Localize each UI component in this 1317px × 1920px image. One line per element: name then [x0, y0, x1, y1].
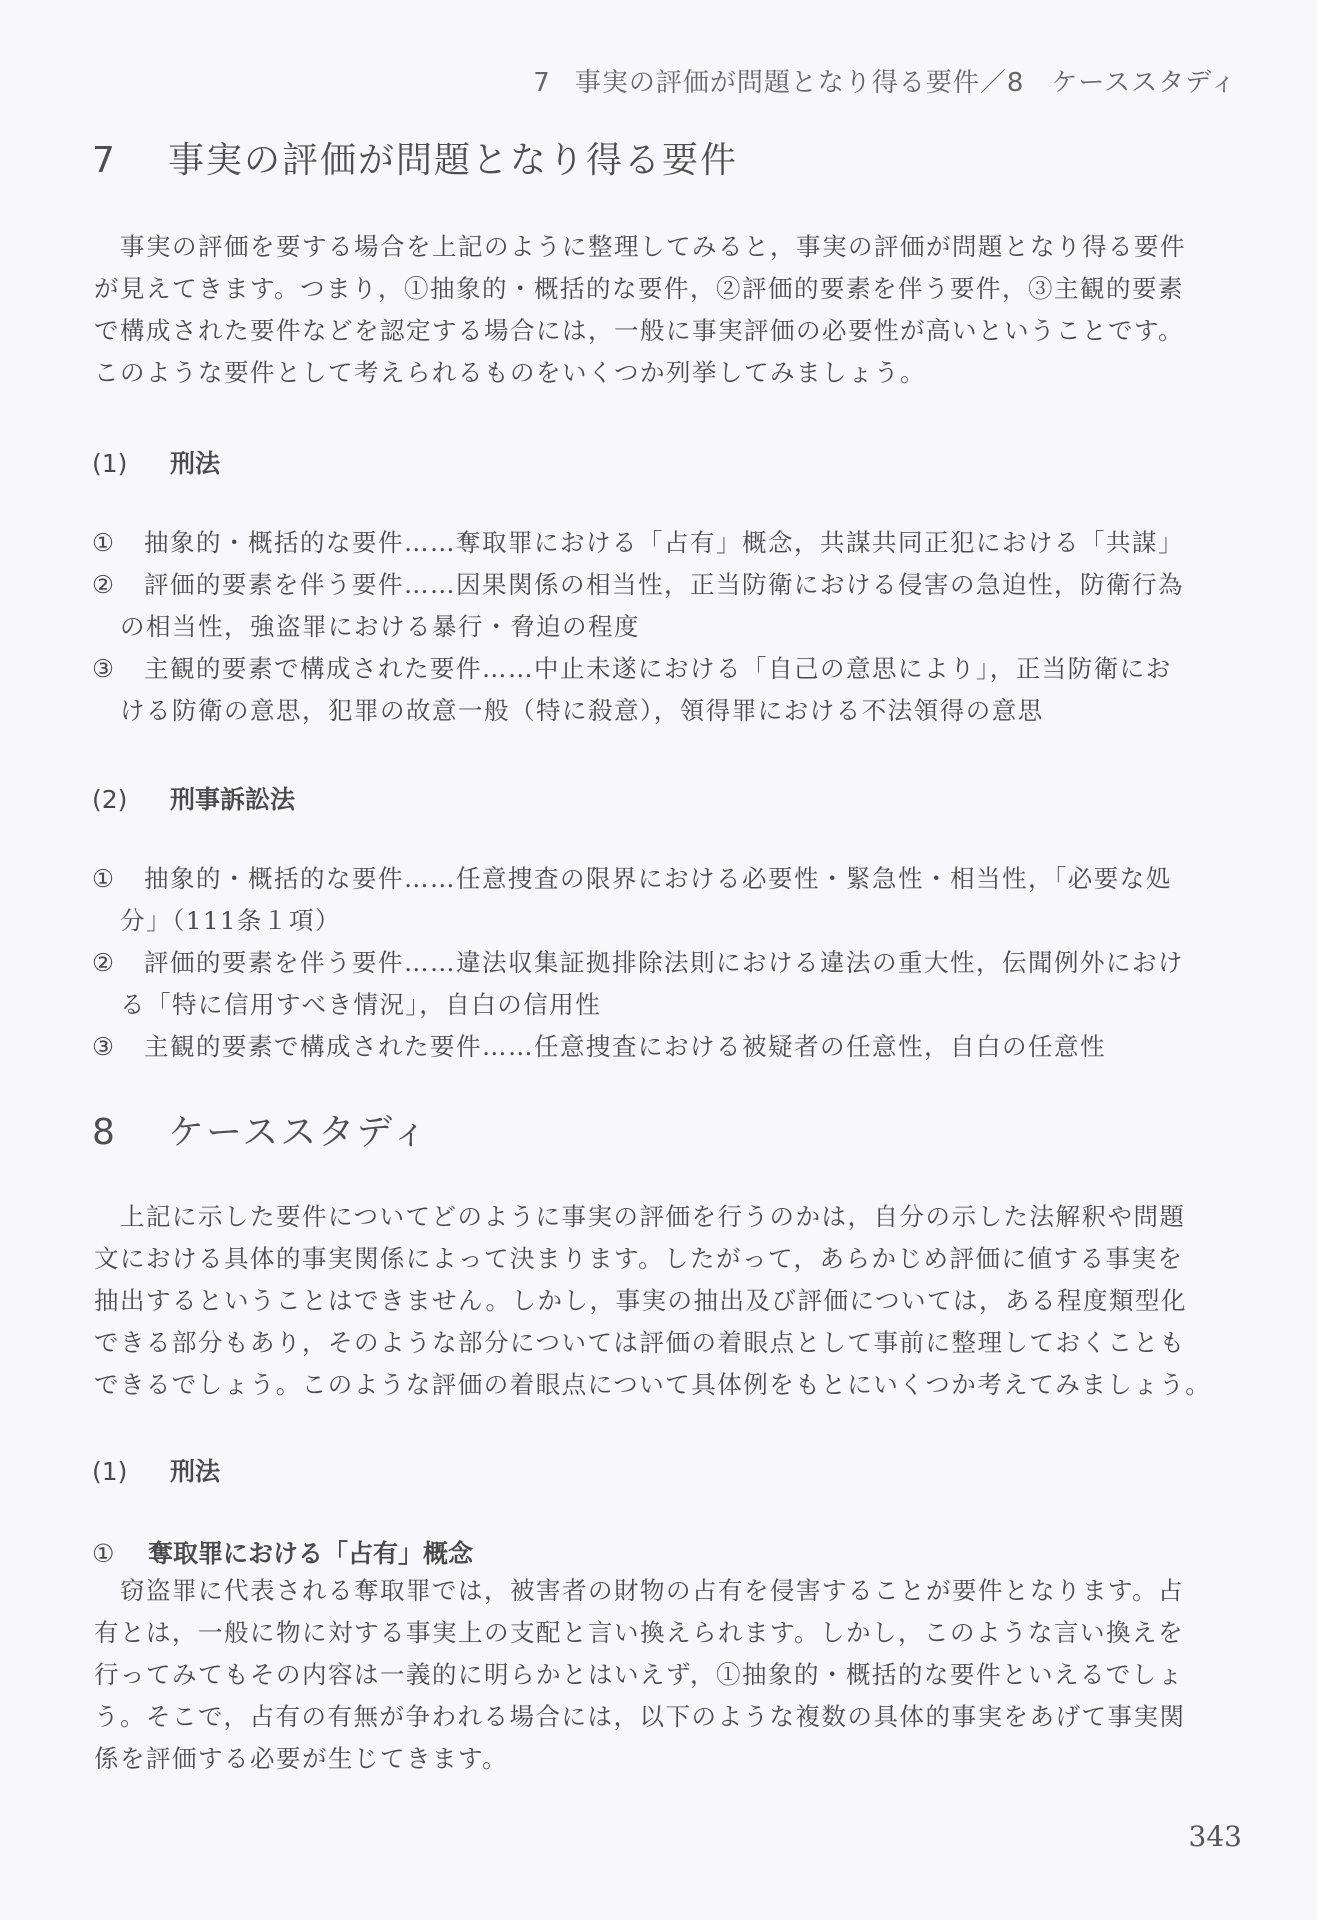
section-7-intro-paragraph: 事実の評価を要する場合を上記のように整理してみると，事実の評価が問題となり得る要…	[94, 226, 1244, 394]
paragraph-line: できる部分もあり，そのような部分については評価の着眼点として事前に整理しておくこ…	[94, 1322, 1244, 1364]
subsection-number: (1)	[92, 1457, 170, 1486]
paragraph-line: 行ってみてもその内容は一義的に明らかとはいえず，①抽象的・概括的な要件といえるで…	[94, 1654, 1244, 1696]
paragraph-line: 窃盗罪に代表される奪取罪では，被害者の財物の占有を侵害することが要件となります。…	[94, 1570, 1244, 1612]
subsection-heading-criminal-law: (1)刑法	[92, 1452, 220, 1488]
list-item: ①抽象的・概括的な要件……任意捜査の限界における必要性・緊急性・相当性，「必要な…	[92, 858, 1252, 942]
subsection-title: 刑法	[170, 449, 220, 478]
criminal-procedure-requirements-list: ①抽象的・概括的な要件……任意捜査の限界における必要性・緊急性・相当性，「必要な…	[92, 858, 1252, 1068]
page-number: 343	[1189, 1820, 1242, 1853]
list-item-continuation: の相当性，強盗罪における暴行・脅迫の程度	[92, 606, 1252, 648]
subsection-heading-criminal-law: (1)刑法	[92, 444, 220, 480]
subsection-title: 刑法	[170, 1457, 220, 1486]
paragraph-line: 文における具体的事実関係によって決まります。したがって，あらかじめ評価に値する事…	[94, 1238, 1244, 1280]
topic-title: 奪取罪における「占有」概念	[148, 1539, 473, 1568]
criminal-law-requirements-list: ①抽象的・概括的な要件……奪取罪における「占有」概念，共謀共同正犯における「共謀…	[92, 522, 1252, 732]
list-item: ②評価的要素を伴う要件……因果関係の相当性，正当防衛における侵害の急迫性，防衛行…	[92, 564, 1252, 648]
circled-number-marker: ①	[92, 858, 144, 900]
paragraph-line: う。そこで，占有の有無が争われる場合には，以下のような複数の具体的事実をあげて事…	[94, 1696, 1244, 1738]
list-item-continuation: る「特に信用すべき情況」，自白の信用性	[92, 984, 1252, 1026]
running-header-number: 7	[533, 68, 551, 98]
paragraph-line: 抽出するということはできません。しかし，事実の抽出及び評価については，ある程度類…	[94, 1280, 1244, 1322]
subsection-heading-criminal-procedure: (2)刑事訴訟法	[92, 780, 295, 816]
list-item-continuation: 分」（111条１項）	[92, 900, 1252, 942]
section-8-intro-paragraph: 上記に示した要件についてどのように事実の評価を行うのかは，自分の示した法解釈や問…	[94, 1196, 1244, 1406]
list-item-continuation: ける防衛の意思，犯罪の故意一般（特に殺意），領得罪における不法領得の意思	[92, 690, 1252, 732]
running-header: 7事実の評価が問題となり得る要件／8 ケーススタディ	[533, 62, 1237, 99]
subsection-title: 刑事訴訟法	[170, 785, 295, 814]
paragraph-line: で構成された要件などを認定する場合には，一般に事実評価の必要性が高いということで…	[94, 310, 1244, 352]
circled-number-marker: ②	[92, 942, 144, 984]
circled-number-marker: ①	[92, 522, 144, 564]
section-7-title: 7事実の評価が問題となり得る要件	[92, 132, 738, 183]
list-item-text: 評価的要素を伴う要件……因果関係の相当性，正当防衛における侵害の急迫性，防衛行為	[144, 570, 1184, 599]
running-header-text: 事実の評価が問題となり得る要件／8 ケーススタディ	[575, 68, 1237, 98]
paragraph-line: 有とは，一般に物に対する事実上の支配と言い換えられます。しかし，このような言い換…	[94, 1612, 1244, 1654]
subsection-number: (2)	[92, 785, 170, 814]
list-item: ③主観的要素で構成された要件……中止未遂における「自己の意思により」，正当防衛に…	[92, 648, 1252, 732]
subsection-number: (1)	[92, 449, 170, 478]
circled-number-marker: ③	[92, 1026, 144, 1068]
list-item-text: 主観的要素で構成された要件……中止未遂における「自己の意思により」，正当防衛にお	[144, 654, 1172, 683]
section-number: 7	[92, 140, 168, 181]
circled-number-marker: ①	[92, 1539, 148, 1568]
paragraph-line: できるでしょう。このような評価の着眼点について具体例をもとにいくつか考えてみまし…	[94, 1364, 1244, 1406]
section-title-text: ケーススタディ	[168, 1112, 429, 1153]
list-item-text: 主観的要素で構成された要件……任意捜査における被疑者の任意性，自白の任意性	[144, 1032, 1106, 1061]
section-number: 8	[92, 1112, 168, 1153]
paragraph-line: 上記に示した要件についてどのように事実の評価を行うのかは，自分の示した法解釈や問…	[94, 1196, 1244, 1238]
list-item-text: 抽象的・概括的な要件……任意捜査の限界における必要性・緊急性・相当性，「必要な処	[144, 864, 1172, 893]
paragraph-line: このような要件として考えられるものをいくつか列挙してみましょう。	[94, 352, 1244, 394]
list-item: ①抽象的・概括的な要件……奪取罪における「占有」概念，共謀共同正犯における「共謀…	[92, 522, 1252, 564]
list-item-text: 評価的要素を伴う要件……違法収集証拠排除法則における違法の重大性，伝聞例外におけ	[144, 948, 1184, 977]
paragraph-line: が見えてきます。つまり，①抽象的・概括的な要件，②評価的要素を伴う要件，③主観的…	[94, 268, 1244, 310]
list-item: ③主観的要素で構成された要件……任意捜査における被疑者の任意性，自白の任意性	[92, 1026, 1252, 1068]
section-title-text: 事実の評価が問題となり得る要件	[168, 140, 738, 181]
list-item: ②評価的要素を伴う要件……違法収集証拠排除法則における違法の重大性，伝聞例外にお…	[92, 942, 1252, 1026]
circled-number-marker: ②	[92, 564, 144, 606]
paragraph-line: 事実の評価を要する場合を上記のように整理してみると，事実の評価が問題となり得る要…	[94, 226, 1244, 268]
topic-heading-possession-concept: ①奪取罪における「占有」概念	[92, 1534, 473, 1570]
topic-body-paragraph: 窃盗罪に代表される奪取罪では，被害者の財物の占有を侵害することが要件となります。…	[94, 1570, 1244, 1780]
list-item-text: 抽象的・概括的な要件……奪取罪における「占有」概念，共謀共同正犯における「共謀」	[144, 528, 1184, 557]
paragraph-line: 係を評価する必要が生じてきます。	[94, 1738, 1244, 1780]
section-8-title: 8ケーススタディ	[92, 1104, 429, 1155]
circled-number-marker: ③	[92, 648, 144, 690]
